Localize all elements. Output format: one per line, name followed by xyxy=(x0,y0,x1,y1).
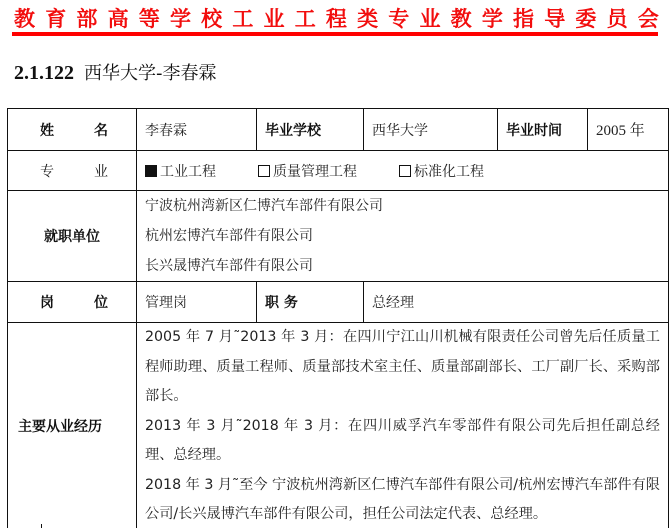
row-employer: 就职单位 宁波杭州湾新区仁博汽车部件有限公司 杭州宏博汽车部件有限公司 长兴晟博… xyxy=(8,191,669,282)
header-char: 育 xyxy=(45,3,66,33)
row-position: 岗 位 管理岗 职 务 总经理 xyxy=(8,282,669,323)
grad-time-value: 2005 年 xyxy=(588,109,669,151)
header-char: 业 xyxy=(419,3,440,33)
unchecked-box-icon xyxy=(258,165,270,177)
experience-label: 主要从业经历 xyxy=(8,323,137,528)
header-char: 教 xyxy=(451,3,472,33)
job-title-label: 职 务 xyxy=(257,282,364,323)
employer-label: 就职单位 xyxy=(8,191,137,282)
school-value: 西华大学 xyxy=(364,109,498,151)
row-name: 姓 名 李春霖 毕业学校 西华大学 毕业时间 2005 年 xyxy=(8,109,669,151)
name-value: 李春霖 xyxy=(137,109,257,151)
position-value: 管理岗 xyxy=(137,282,257,323)
section-number: 2.1.122 xyxy=(14,62,74,84)
experience-entry: 2013 年 3 月˜2018 年 3 月：在四川威孚汽车零部件有限公司先后担任… xyxy=(145,412,660,471)
header-char: 高 xyxy=(108,3,129,33)
header-char: 学 xyxy=(170,3,191,33)
experience-entry: 2005 年 7 月˜2013 年 3 月：在四川宁江山川机械有限责任公司曾先后… xyxy=(145,323,660,412)
profile-table: 姓 名 李春霖 毕业学校 西华大学 毕业时间 2005 年 专 业 工业工程 质… xyxy=(7,108,669,528)
experience-entry: 2018 年 3 月˜至今 宁波杭州湾新区仁博汽车部件有限公司/杭州宏博汽车部件… xyxy=(145,471,660,528)
header-char: 导 xyxy=(544,3,565,33)
header-char: 工 xyxy=(232,3,253,33)
header-char: 委 xyxy=(575,3,596,33)
major-label: 专 业 xyxy=(8,151,137,191)
header-char: 会 xyxy=(638,3,659,33)
grad-time-label: 毕业时间 xyxy=(498,109,588,151)
school-label: 毕业学校 xyxy=(257,109,364,151)
header-char: 指 xyxy=(513,3,534,33)
header-char: 校 xyxy=(201,3,222,33)
employer-list: 宁波杭州湾新区仁博汽车部件有限公司 杭州宏博汽车部件有限公司 长兴晟博汽车部件有… xyxy=(137,191,669,282)
unchecked-box-icon xyxy=(399,165,411,177)
job-title-value: 总经理 xyxy=(364,282,669,323)
section-heading: 2.1.122西华大学-李春霖 xyxy=(14,59,217,85)
header-divider xyxy=(12,32,658,36)
checked-box-icon xyxy=(145,165,157,177)
header-char: 工 xyxy=(295,3,316,33)
header-char: 程 xyxy=(326,3,347,33)
header-char: 教 xyxy=(14,3,35,33)
header-char: 部 xyxy=(76,3,97,33)
employer-item: 长兴晟博汽车部件有限公司 xyxy=(145,251,660,281)
header-char: 学 xyxy=(482,3,503,33)
header-char: 类 xyxy=(357,3,378,33)
header-char: 等 xyxy=(139,3,160,33)
header-char: 业 xyxy=(264,3,285,33)
employer-item: 杭州宏博汽车部件有限公司 xyxy=(145,221,660,251)
major-option-standardization: 标准化工程 xyxy=(399,161,484,181)
section-name: 西华大学-李春霖 xyxy=(84,63,217,84)
major-option-industrial-engineering: 工业工程 xyxy=(145,161,216,181)
header-char: 员 xyxy=(607,3,628,33)
next-row-border xyxy=(7,524,42,528)
experience-content: 2005 年 7 月˜2013 年 3 月：在四川宁江山川机械有限责任公司曾先后… xyxy=(137,323,669,528)
employer-item: 宁波杭州湾新区仁博汽车部件有限公司 xyxy=(145,191,660,221)
position-label: 岗 位 xyxy=(8,282,137,323)
row-experience: 主要从业经历 2005 年 7 月˜2013 年 3 月：在四川宁江山川机械有限… xyxy=(8,323,669,528)
row-major: 专 业 工业工程 质量管理工程 标准化工程 xyxy=(8,151,669,191)
name-label: 姓 名 xyxy=(8,109,137,151)
major-options: 工业工程 质量管理工程 标准化工程 xyxy=(137,151,669,191)
header-char: 专 xyxy=(388,3,409,33)
major-option-quality-management: 质量管理工程 xyxy=(258,161,357,181)
committee-header-title: 教 育 部 高 等 学 校 工 业 工 程 类 专 业 教 学 指 导 委 员 … xyxy=(14,2,659,34)
